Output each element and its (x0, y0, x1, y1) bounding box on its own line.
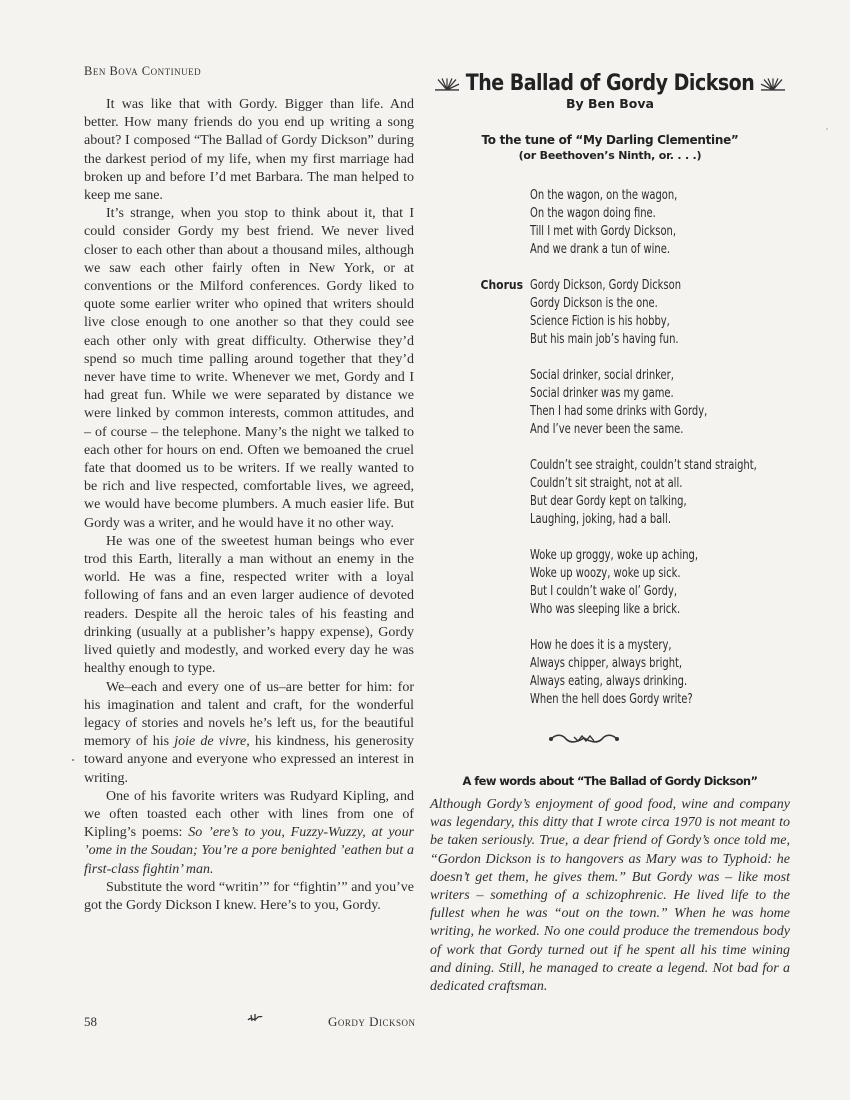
stanza: On the wagon, on the wagon, On the wagon… (530, 186, 743, 258)
tune-line: To the tune of “My Darling Clementine” (430, 133, 790, 147)
stanza: Social drinker, social drinker, Social d… (530, 366, 743, 438)
lyric-line: Social drinker, social drinker, (530, 366, 743, 384)
paragraph: It’s strange, when you stop to think abo… (84, 205, 414, 533)
lyric-line: Laughing, joking, had a ball. (530, 510, 743, 528)
stanza: Couldn’t see straight, couldn’t stand st… (530, 456, 743, 528)
memoir-column: It was like that with Gordy. Bigger than… (84, 96, 414, 915)
stanza: Woke up groggy, woke up aching, Woke up … (530, 546, 743, 618)
chorus-stanza: Chorus Gordy Dickson, Gordy Dickson Gord… (530, 276, 743, 348)
lyric-line: Always chipper, always bright, (530, 654, 743, 672)
sunburst-ornament-icon (434, 77, 460, 91)
footer-title: Gordy Dickson (328, 1014, 416, 1030)
paragraph: We–each and every one of us–are better f… (84, 679, 414, 788)
ballad-column: The Ballad of Gordy Dickson By Ben Bova … (430, 68, 790, 162)
paragraph: Substitute the word “writin’” for “fight… (84, 879, 414, 915)
note-text: Although Gordy’s enjoyment of good food,… (430, 796, 790, 996)
italic-phrase: joie de vivre, (174, 734, 250, 749)
lyric-line: And we drank a tun of wine. (530, 240, 743, 258)
flourish-divider-icon (548, 733, 620, 745)
lyric-line: On the wagon, on the wagon, (530, 186, 743, 204)
ballad-title: The Ballad of Gordy Dickson (466, 70, 754, 95)
lyric-line: But his main job’s having fun. (530, 330, 743, 348)
lyric-line: On the wagon doing fine. (530, 204, 743, 222)
lyric-line: Gordy Dickson, Gordy Dickson (530, 276, 743, 294)
lyric-line: How he does it is a mystery, (530, 636, 743, 654)
paper-speck (72, 759, 74, 761)
lyric-line: Gordy Dickson is the one. (530, 294, 743, 312)
lyric-line: Science Fiction is his hobby, (530, 312, 743, 330)
paragraph: One of his favorite writers was Rudyard … (84, 788, 414, 879)
lyric-line: But dear Gordy kept on talking, (530, 492, 743, 510)
lyric-line: When the hell does Gordy write? (530, 690, 743, 708)
lyric-line: Who was sleeping like a brick. (530, 600, 743, 618)
lyric-line: Always eating, always drinking. (530, 672, 743, 690)
note-heading: A few words about “The Ballad of Gordy D… (430, 774, 790, 788)
footer-ornament-icon (247, 1012, 263, 1024)
lyric-line: But I couldn’t wake ol’ Gordy, (530, 582, 743, 600)
ballad-title-row: The Ballad of Gordy Dickson (430, 70, 790, 95)
chorus-label: Chorus (481, 276, 524, 294)
lyric-line: Woke up groggy, woke up aching, (530, 546, 743, 564)
lyric-line: Couldn’t sit straight, not at all. (530, 474, 743, 492)
lyric-line: Social drinker was my game. (530, 384, 743, 402)
lyric-line: And I’ve never been the same. (530, 420, 743, 438)
lyric-line: Then I had some drinks with Gordy, (530, 402, 743, 420)
byline: By Ben Bova (430, 96, 790, 111)
lyric-line: Till I met with Gordy Dickson, (530, 222, 743, 240)
paper-speck (826, 128, 828, 130)
paragraph: It was like that with Gordy. Bigger than… (84, 96, 414, 205)
page-number: 58 (84, 1014, 97, 1030)
lyric-line: Woke up woozy, woke up sick. (530, 564, 743, 582)
stanza: How he does it is a mystery, Always chip… (530, 636, 743, 708)
sunburst-ornament-icon (760, 77, 786, 91)
lyric-line: Couldn’t see straight, couldn’t stand st… (530, 456, 743, 474)
paragraph: He was one of the sweetest human beings … (84, 533, 414, 679)
running-head: Ben Bova Continued (84, 64, 201, 79)
lyrics: On the wagon, on the wagon, On the wagon… (530, 186, 790, 726)
tune-subline: (or Beethoven’s Ninth, or. . . .) (430, 149, 790, 162)
